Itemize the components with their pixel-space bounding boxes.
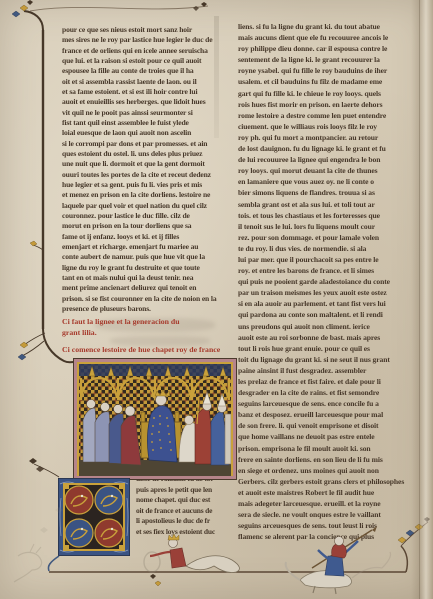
- ivy-leaf-border: [12, 0, 430, 586]
- crown-icon: [168, 534, 179, 540]
- spear-bearing-hunter-drollery: [286, 526, 391, 594]
- border-decoration: [0, 0, 433, 599]
- faint-dragon-sketch: [14, 507, 63, 582]
- page-edge: [411, 0, 433, 599]
- crowned-hybrid-drollery: [144, 534, 239, 573]
- page-crease: [419, 0, 420, 599]
- manuscript-page: pour ce que ses nieus estoit mort sanz h…: [0, 0, 433, 599]
